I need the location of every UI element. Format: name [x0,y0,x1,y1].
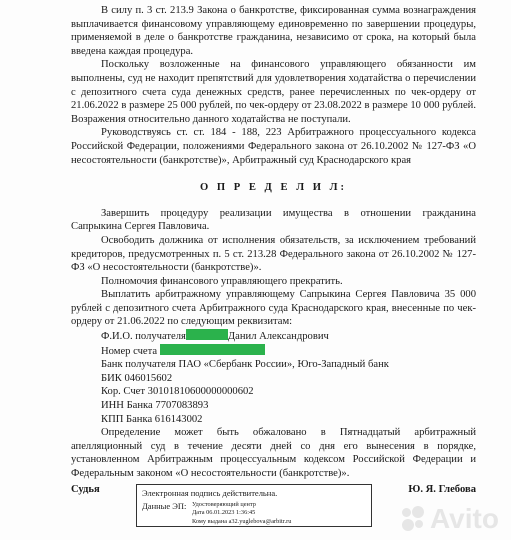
recipient-label: Ф.И.О. получателя [101,331,186,342]
account-line: Номер счета [71,344,476,359]
signature-data-values: Удостоверяющий центр Дата 06.01.2023 1:3… [192,501,291,526]
avito-logo-icon [402,506,428,532]
document-body: В силу п. 3 ст. 213.9 Закона о банкротст… [71,4,476,481]
decision-complete-procedure: Завершить процедуру реализации имущества… [71,207,476,234]
signature-data: Данные ЭП: Удостоверяющий центр Дата 06.… [142,501,366,526]
corr-account-line: Кор. Счет 30101810600000000602 [71,385,476,399]
kpp-line: КПП Банка 616143002 [71,413,476,427]
recipient-line: Ф.И.О. получателяДанил Александрович [71,329,476,344]
account-label: Номер счета [101,346,157,357]
signature-valid-text: Электронная подпись действительна. [142,488,366,499]
judge-name: Ю. Я. Глебова [408,484,476,495]
paragraph-motion: Поскольку возложенные на финансового упр… [71,58,476,126]
avito-watermark: Avito [402,502,502,536]
e-signature-box: Электронная подпись действительна. Данны… [136,484,372,527]
watermark-text: Avito [430,503,499,535]
signature-date: Дата 06.01.2023 1:36:45 [192,509,291,517]
inn-line: ИНН Банка 7707083893 [71,399,476,413]
paragraph-appeal: Определение может быть обжаловано в Пятн… [71,426,476,480]
paragraph-legal-basis: Руководствуясь ст. ст. 184 - 188, 223 Ар… [71,126,476,167]
redaction-account-number [160,344,265,355]
bik-line: БИК 046015602 [71,372,476,386]
redaction-surname [186,329,228,340]
document-page: В силу п. 3 ст. 213.9 Закона о банкротст… [0,0,511,540]
signature-issued-to: Кому выдана a32.yuglebova@arbitr.ru [192,518,291,526]
bank-line: Банк получателя ПАО «Сбербанк России», Ю… [71,358,476,372]
signature-issuer: Удостоверяющий центр [192,501,291,509]
signature-data-label: Данные ЭП: [142,501,192,526]
ruling-heading: О П Р Е Д Е Л И Л: [71,181,476,195]
decision-terminate-powers: Полномочия финансового управляющего прек… [71,275,476,289]
recipient-name: Данил Александрович [228,331,329,342]
paragraph-fee-law: В силу п. 3 ст. 213.9 Закона о банкротст… [71,4,476,58]
decision-payment: Выплатить арбитражному управляющему Сапр… [71,288,476,329]
judge-label: Судья [71,484,100,495]
decision-release-debtor: Освободить должника от исполнения обязат… [71,234,476,275]
